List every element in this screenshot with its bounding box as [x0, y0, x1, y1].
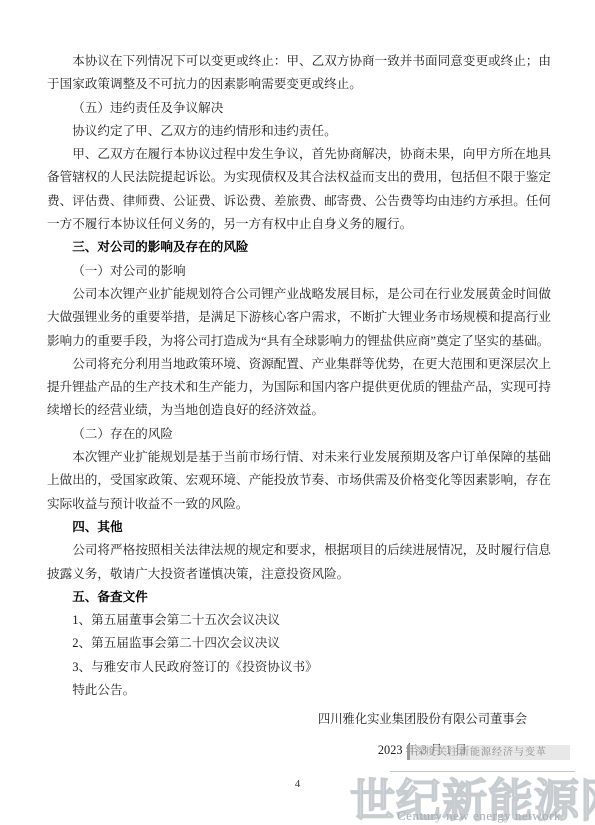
paragraph-risk: 本次锂产业扩能规划是基于当前市场行情、对未来行业发展预期及客户订单保障的基础上做… — [47, 446, 551, 516]
list-item-board-resolution: 1、第五届董事会第二十五次会议决议 — [47, 609, 551, 632]
document-page: 本协议在下列情况下可以变更或终止：甲、乙双方协商一致并书面同意变更或终止；由于国… — [0, 0, 595, 825]
subheading-company-impact: （一）对公司的影响 — [47, 260, 551, 283]
section-heading-other: 四、其他 — [47, 516, 551, 539]
document-body: 本协议在下列情况下可以变更或终止：甲、乙双方协商一致并书面同意变更或终止；由于国… — [47, 50, 551, 757]
section-heading-impact-risk: 三、对公司的影响及存在的风险 — [47, 236, 551, 259]
paragraph-breach-liability: 协议约定了甲、乙双方的违约情形和违约责任。 — [47, 120, 551, 143]
signature-company-name: 四川雅化实业集团股份有限公司董事会 — [318, 712, 527, 726]
list-item-supervisory-resolution: 2、第五届监事会第二十四次会议决议 — [47, 632, 551, 655]
watermark-subtitle: Century new energy network — [397, 808, 561, 824]
list-item-investment-agreement: 3、与雅安市人民政府签订的《投资协议书》 — [47, 656, 551, 679]
paragraph-dispute-resolution: 甲、乙双方在履行本协议过程中发生争议，首先协商解决，协商未果，向甲方所在地具备管… — [47, 143, 551, 236]
paragraph-impact-1: 公司本次锂产业扩能规划符合公司锂产业战略发展目标，是公司在行业发展黄金时间做大做… — [47, 283, 551, 353]
paragraph-impact-2: 公司将充分利用当地政策环境、资源配置、产业集群等优势，在更大范围和更深层次上提升… — [47, 353, 551, 423]
paragraph-termination-terms: 本协议在下列情况下可以变更或终止：甲、乙双方协商一致并书面同意变更或终止；由于国… — [47, 50, 551, 97]
subheading-existing-risk: （二）存在的风险 — [47, 423, 551, 446]
section-heading-reference-documents: 五、备查文件 — [47, 586, 551, 609]
closing-statement: 特此公告。 — [47, 679, 551, 702]
paragraph-other: 公司将严格按照相关法律法规的规定和要求，根据项目的后续进展情况，及时履行信息披露… — [47, 539, 551, 586]
watermark-slogan-banner: 深度关注新能源经济与变革 — [407, 745, 570, 760]
subheading-breach-dispute: （五）违约责任及争议解决 — [47, 97, 551, 120]
